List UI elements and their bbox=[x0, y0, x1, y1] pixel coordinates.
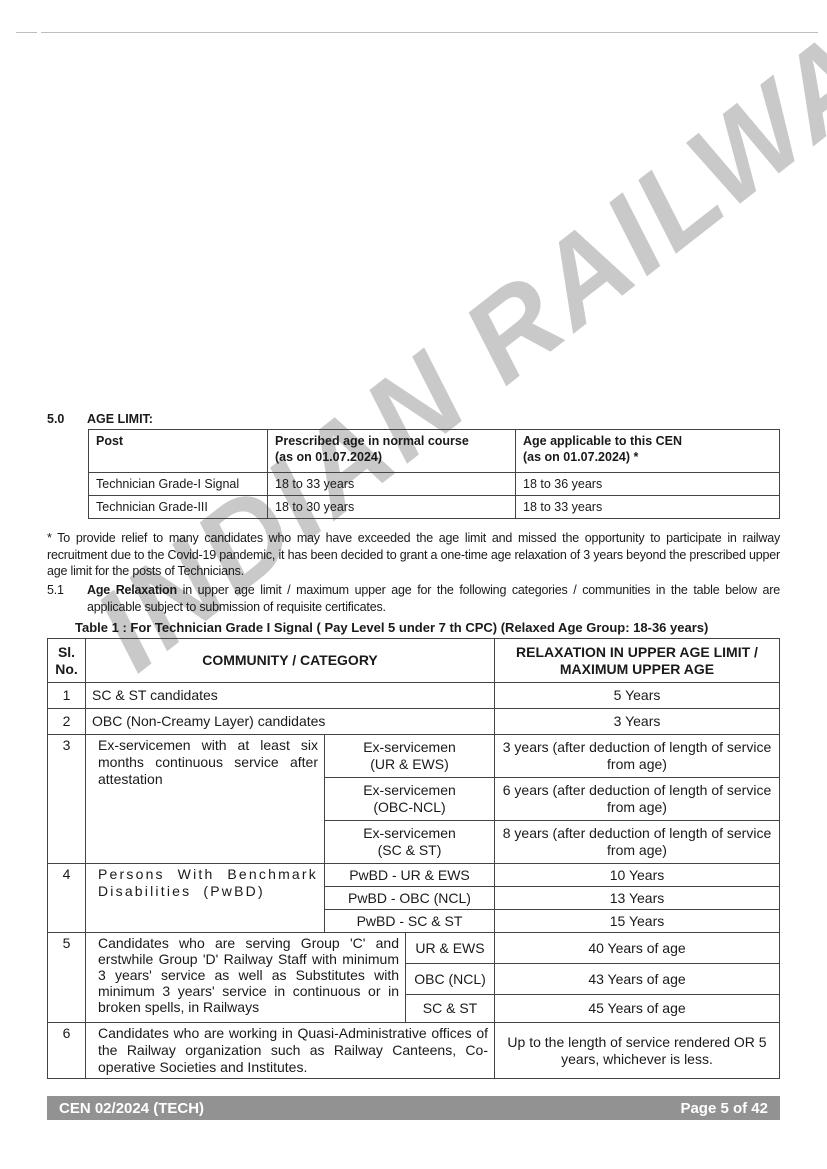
subcategory-cell: Ex-servicemen(OBC-NCL) bbox=[325, 778, 495, 821]
subcategory-cell: PwBD - UR & EWS bbox=[325, 864, 495, 887]
footer-page-number: Page 5 of 42 bbox=[680, 1100, 768, 1117]
relaxation-table: Sl.No. COMMUNITY / CATEGORY RELAXATION I… bbox=[47, 638, 780, 1079]
relaxation-cell: 8 years (after deduction of length of se… bbox=[495, 821, 780, 864]
table-row: 4 Persons With Benchmark Disabilities (P… bbox=[48, 864, 780, 887]
paragraph-number: 5.1 bbox=[47, 582, 64, 599]
table-row: 2 OBC (Non-Creamy Layer) candidates 3 Ye… bbox=[48, 709, 780, 735]
prescribed-age-cell: 18 to 33 years bbox=[268, 473, 516, 496]
footnote: * To provide relief to many candidates w… bbox=[47, 530, 780, 580]
subcategory-cell: Ex-servicemen(UR & EWS) bbox=[325, 735, 495, 778]
table-row: 5 Candidates who are serving Group 'C' a… bbox=[48, 933, 780, 964]
table-header-row: Post Prescribed age in normal course(as … bbox=[89, 430, 780, 473]
relaxation-cell: 43 Years of age bbox=[495, 964, 780, 995]
table-row: 1 SC & ST candidates 5 Years bbox=[48, 683, 780, 709]
section-title: AGE LIMIT: bbox=[87, 412, 153, 426]
category-cell: OBC (Non-Creamy Layer) candidates bbox=[86, 709, 495, 735]
table-row: 6 Candidates who are working in Quasi-Ad… bbox=[48, 1023, 780, 1079]
section-number: 5.0 bbox=[47, 412, 87, 426]
header-post: Post bbox=[89, 430, 268, 473]
prescribed-age-cell: 18 to 30 years bbox=[268, 496, 516, 519]
category-cell: SC & ST candidates bbox=[86, 683, 495, 709]
subcategory-cell: Ex-servicemen(SC & ST) bbox=[325, 821, 495, 864]
relaxation-cell: Up to the length of service rendered OR … bbox=[495, 1023, 780, 1079]
relaxation-cell: 45 Years of age bbox=[495, 995, 780, 1023]
relaxation-cell: 5 Years bbox=[495, 683, 780, 709]
relaxation-cell: 15 Years bbox=[495, 910, 780, 933]
subcategory-cell: PwBD - OBC (NCL) bbox=[325, 887, 495, 910]
subcategory-cell: PwBD - SC & ST bbox=[325, 910, 495, 933]
applicable-age-cell: 18 to 33 years bbox=[516, 496, 780, 519]
relaxation-cell: 10 Years bbox=[495, 864, 780, 887]
header-applicable-age: Age applicable to this CEN(as on 01.07.2… bbox=[516, 430, 780, 473]
applicable-age-cell: 18 to 36 years bbox=[516, 473, 780, 496]
subcategory-cell: OBC (NCL) bbox=[406, 964, 495, 995]
post-cell: Technician Grade-III bbox=[89, 496, 268, 519]
subcategory-cell: SC & ST bbox=[406, 995, 495, 1023]
relaxation-cell: 40 Years of age bbox=[495, 933, 780, 964]
table-1-title: Table 1 : For Technician Grade I Signal … bbox=[75, 620, 708, 635]
relaxation-cell: 6 years (after deduction of length of se… bbox=[495, 778, 780, 821]
paragraph-text: Age Relaxation in upper age limit / maxi… bbox=[87, 582, 780, 615]
table-row: 3 Ex-servicemen with at least six months… bbox=[48, 735, 780, 778]
category-cell: Candidates who are working in Quasi-Admi… bbox=[86, 1023, 495, 1079]
post-cell: Technician Grade-I Signal bbox=[89, 473, 268, 496]
header-community-category: COMMUNITY / CATEGORY bbox=[86, 639, 495, 683]
document-page: 5.0AGE LIMIT: Post Prescribed age in nor… bbox=[0, 0, 827, 1169]
relaxation-cell: 3 Years bbox=[495, 709, 780, 735]
table-row: Technician Grade-III 18 to 30 years 18 t… bbox=[89, 496, 780, 519]
category-cell: Candidates who are serving Group 'C' and… bbox=[86, 933, 406, 1023]
table-header-row: Sl.No. COMMUNITY / CATEGORY RELAXATION I… bbox=[48, 639, 780, 683]
footer-notice-id: CEN 02/2024 (TECH) bbox=[59, 1100, 204, 1117]
relaxation-cell: 3 years (after deduction of length of se… bbox=[495, 735, 780, 778]
header-relaxation: RELAXATION IN UPPER AGE LIMIT /MAXIMUM U… bbox=[495, 639, 780, 683]
age-limit-table: Post Prescribed age in normal course(as … bbox=[88, 429, 780, 519]
section-heading: 5.0AGE LIMIT: bbox=[47, 412, 153, 426]
category-cell: Ex-servicemen with at least six months c… bbox=[86, 735, 325, 864]
header-sl-no: Sl.No. bbox=[48, 639, 86, 683]
relaxation-cell: 13 Years bbox=[495, 887, 780, 910]
page-footer: CEN 02/2024 (TECH) Page 5 of 42 bbox=[47, 1096, 780, 1120]
paragraph-5-1: 5.1 Age Relaxation in upper age limit / … bbox=[47, 582, 780, 615]
subcategory-cell: UR & EWS bbox=[406, 933, 495, 964]
header-prescribed-age: Prescribed age in normal course(as on 01… bbox=[268, 430, 516, 473]
table-row: Technician Grade-I Signal 18 to 33 years… bbox=[89, 473, 780, 496]
category-cell: Persons With Benchmark Disabilities (PwB… bbox=[86, 864, 325, 933]
